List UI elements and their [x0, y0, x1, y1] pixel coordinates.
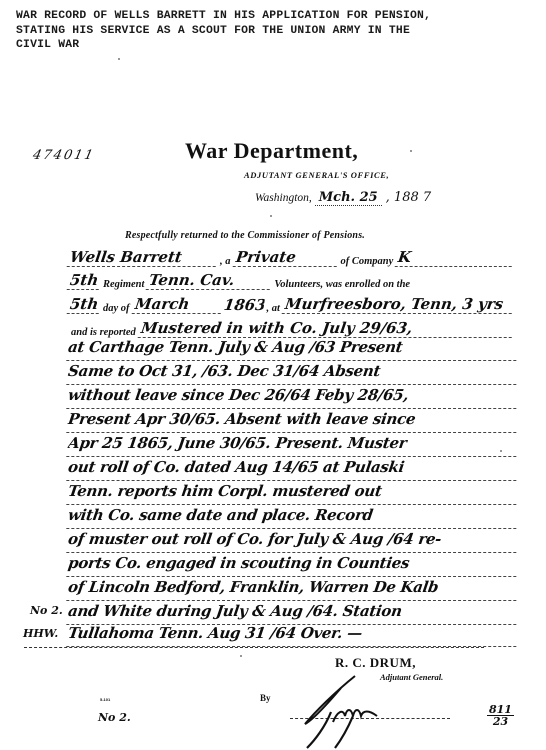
record-line-8: with Co. same date and place. Record: [66, 504, 520, 529]
paper-speck: [500, 450, 502, 452]
day-of-label: day of: [100, 303, 133, 314]
signature-scrawl-icon: [295, 672, 405, 750]
enroll-year: 1863: [220, 296, 265, 314]
file-number: 474011: [31, 148, 96, 163]
record-line-10: ports Co. engaged in scouting in Countie…: [66, 552, 520, 577]
returned-line: Respectfully returned to the Commissione…: [125, 230, 365, 241]
date-year: , 188 7: [386, 190, 431, 205]
record-line-1: at Carthage Tenn. July & Aug /63 Present: [66, 336, 520, 361]
regiment-name: Tenn. Cav.: [146, 271, 273, 290]
signer-name: R. C. DRUM,: [335, 655, 416, 671]
record-line-7: Tenn. reports him Corpl. mustered out: [66, 480, 520, 505]
regiment-label: Regiment: [100, 279, 147, 290]
record-line-6: out roll of Co. dated Aug 14/65 at Pulas…: [66, 456, 520, 481]
document-caption: WAR RECORD OF WELLS BARRETT IN HIS APPLI…: [16, 9, 536, 53]
form-code: 5-101: [100, 697, 110, 702]
closing-rule: [24, 647, 484, 648]
record-line-11: of Lincoln Bedford, Franklin, Warren De …: [66, 576, 520, 601]
margin-note-initials: HHW.: [23, 627, 58, 640]
by-label: By: [260, 693, 271, 703]
regiment-number: 5th: [67, 271, 102, 290]
paper-speck: [270, 215, 272, 217]
margin-note-no2-lower: No 2.: [98, 711, 131, 724]
dateline: Washington, Mch. 25 , 188 7: [255, 190, 431, 206]
volunteers-label: Volunteers, was enrolled on the: [271, 279, 413, 290]
company-letter: K: [395, 248, 514, 267]
enroll-month: March: [131, 295, 223, 314]
form-line-regiment: 5th Regiment Tenn. Cav. Volunteers, was …: [68, 266, 513, 290]
file-fraction: 811 23: [487, 704, 514, 727]
date-handwritten: Mch. 25: [315, 190, 382, 206]
place-label: Washington,: [255, 192, 312, 204]
record-line-13: Tullahoma Tenn. Aug 31 /64 Over. —: [66, 622, 520, 647]
record-line-4: Present Apr 30/65. Absent with leave sin…: [66, 408, 520, 433]
office-title: ADJUTANT GENERAL'S OFFICE,: [244, 170, 389, 180]
department-title: War Department,: [185, 138, 358, 164]
margin-note-no2-upper: No 2.: [30, 604, 63, 617]
record-line-3: without leave since Dec 26/64 Feby 28/65…: [66, 384, 520, 409]
paper-speck: [410, 150, 412, 152]
at-label: , at: [264, 303, 283, 314]
form-line-name: Wells Barrett , a Private of Company K: [68, 243, 513, 267]
form-line-enrollment: 5th day of March 1863 , at Murfreesboro,…: [68, 290, 513, 314]
soldier-name: Wells Barrett: [67, 248, 219, 267]
soldier-rank: Private: [232, 248, 339, 267]
record-line-5: Apr 25 1865, June 30/65. Present. Muster: [66, 432, 520, 457]
form-line-reported: and is reported Mustered in with Co. Jul…: [68, 314, 513, 338]
fraction-denominator: 23: [487, 716, 514, 727]
paper-speck: [240, 655, 242, 657]
enroll-day: 5th: [67, 295, 102, 314]
enroll-place: Murfreesboro, Tenn, 3 yrs: [282, 295, 515, 314]
paper-speck: [118, 58, 120, 60]
record-line-9: of muster out roll of Co. for July & Aug…: [66, 528, 520, 553]
record-line-2: Same to Oct 31, /63. Dec 31/64 Absent: [66, 360, 520, 385]
